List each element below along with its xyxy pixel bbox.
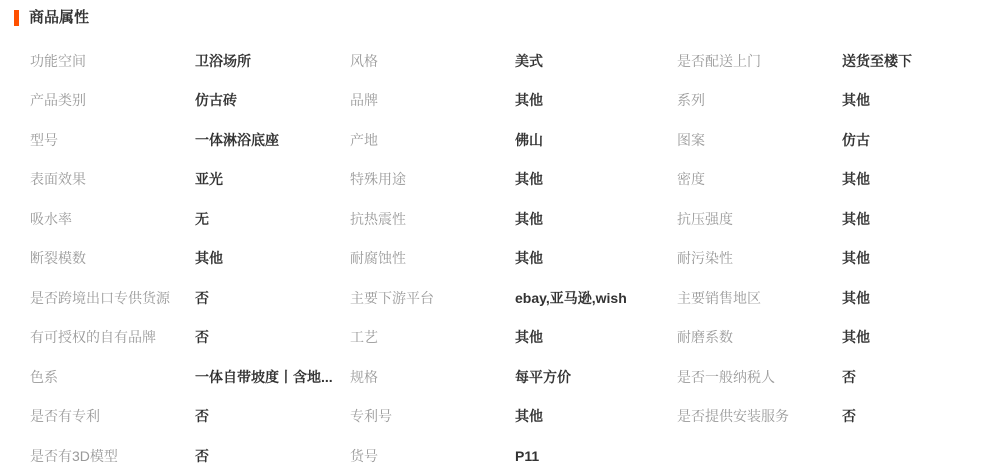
attribute-cell: 耐污染性其他 (677, 239, 988, 279)
attribute-cell: 产地佛山 (350, 120, 677, 160)
attribute-cell: 断裂模数其他 (30, 239, 350, 279)
attribute-label: 断裂模数 (30, 248, 195, 268)
attribute-cell: 是否配送上门送货至楼下 (677, 41, 988, 81)
attribute-cell: 是否有专利否 (30, 397, 350, 437)
attribute-value: 美式 (515, 51, 677, 71)
attribute-value: 送货至楼下 (842, 51, 988, 71)
attribute-cell: 图案仿古 (677, 120, 988, 160)
attribute-cell: 风格美式 (350, 41, 677, 81)
attribute-value: ebay,亚马逊,wish (515, 288, 677, 308)
attribute-cell (677, 436, 988, 476)
attribute-cell: 密度其他 (677, 160, 988, 200)
attribute-label: 是否提供安装服务 (677, 406, 842, 426)
attribute-value: 其他 (842, 90, 988, 110)
attribute-cell: 主要销售地区其他 (677, 278, 988, 318)
attribute-value: 其他 (195, 248, 350, 268)
attribute-value: 一体淋浴底座 (195, 130, 350, 150)
attribute-value: 仿古砖 (195, 90, 350, 110)
attribute-value: 亚光 (195, 169, 350, 189)
attribute-value: 其他 (842, 288, 988, 308)
attribute-cell: 工艺其他 (350, 318, 677, 358)
attribute-cell: 系列其他 (677, 81, 988, 121)
attribute-label: 是否配送上门 (677, 51, 842, 71)
attribute-cell: 有可授权的自有品牌否 (30, 318, 350, 358)
attribute-label: 主要下游平台 (350, 288, 515, 308)
attribute-label: 专利号 (350, 406, 515, 426)
attribute-label: 耐腐蚀性 (350, 248, 515, 268)
attribute-label: 系列 (677, 90, 842, 110)
attribute-label: 抗热震性 (350, 209, 515, 229)
attribute-cell: 是否提供安装服务否 (677, 397, 988, 437)
attribute-value: 卫浴场所 (195, 51, 350, 71)
attribute-label: 特殊用途 (350, 169, 515, 189)
attribute-value: 每平方价 (515, 367, 677, 387)
attribute-label: 型号 (30, 130, 195, 150)
attribute-label: 产品类别 (30, 90, 195, 110)
attribute-label: 工艺 (350, 327, 515, 347)
attribute-label: 是否有3D模型 (30, 446, 195, 466)
attribute-value: 无 (195, 209, 350, 229)
accent-bar-icon (14, 10, 19, 26)
attribute-cell: 是否一般纳税人否 (677, 357, 988, 397)
attribute-cell: 特殊用途其他 (350, 160, 677, 200)
attribute-label: 主要销售地区 (677, 288, 842, 308)
attribute-cell: 功能空间卫浴场所 (30, 41, 350, 81)
attribute-cell: 色系一体自带坡度丨含地... (30, 357, 350, 397)
attribute-label: 图案 (677, 130, 842, 150)
attribute-cell: 主要下游平台ebay,亚马逊,wish (350, 278, 677, 318)
product-attributes-panel: 商品属性 功能空间卫浴场所风格美式是否配送上门送货至楼下产品类别仿古砖品牌其他系… (0, 0, 988, 476)
attribute-value: 其他 (515, 248, 677, 268)
attribute-label: 功能空间 (30, 51, 195, 71)
attribute-cell: 型号一体淋浴底座 (30, 120, 350, 160)
attribute-value: 否 (195, 327, 350, 347)
section-title: 商品属性 (29, 9, 89, 27)
attribute-label: 风格 (350, 51, 515, 71)
attribute-label: 产地 (350, 130, 515, 150)
attribute-cell: 货号P11 (350, 436, 677, 476)
attribute-value: 仿古 (842, 130, 988, 150)
attribute-label: 有可授权的自有品牌 (30, 327, 195, 347)
attribute-cell: 是否跨境出口专供货源否 (30, 278, 350, 318)
attribute-value: 其他 (515, 90, 677, 110)
attribute-value: 否 (195, 288, 350, 308)
attribute-label: 耐磨系数 (677, 327, 842, 347)
attribute-value: 一体自带坡度丨含地... (195, 367, 350, 387)
attribute-cell: 吸水率无 (30, 199, 350, 239)
attribute-label: 是否有专利 (30, 406, 195, 426)
section-header: 商品属性 (0, 0, 988, 27)
attribute-value: 否 (195, 406, 350, 426)
attribute-label: 吸水率 (30, 209, 195, 229)
attribute-value: 其他 (515, 169, 677, 189)
attribute-value: P11 (515, 448, 677, 464)
attribute-cell: 耐磨系数其他 (677, 318, 988, 358)
attribute-label: 抗压强度 (677, 209, 842, 229)
attribute-label: 色系 (30, 367, 195, 387)
attribute-value: 其他 (515, 209, 677, 229)
attribute-value: 其他 (842, 327, 988, 347)
attribute-value: 其他 (842, 169, 988, 189)
attribute-value: 其他 (515, 327, 677, 347)
attribute-label: 规格 (350, 367, 515, 387)
attribute-cell: 表面效果亚光 (30, 160, 350, 200)
attribute-cell: 是否有3D模型否 (30, 436, 350, 476)
attribute-value: 其他 (515, 406, 677, 426)
attribute-value: 否 (842, 406, 988, 426)
attribute-cell: 耐腐蚀性其他 (350, 239, 677, 279)
attribute-label: 是否一般纳税人 (677, 367, 842, 387)
attributes-grid: 功能空间卫浴场所风格美式是否配送上门送货至楼下产品类别仿古砖品牌其他系列其他型号… (30, 41, 988, 476)
attribute-cell: 抗热震性其他 (350, 199, 677, 239)
attribute-label: 密度 (677, 169, 842, 189)
attribute-cell: 抗压强度其他 (677, 199, 988, 239)
attribute-value: 其他 (842, 248, 988, 268)
attribute-cell: 品牌其他 (350, 81, 677, 121)
attribute-label: 耐污染性 (677, 248, 842, 268)
attribute-label: 品牌 (350, 90, 515, 110)
attribute-cell: 专利号其他 (350, 397, 677, 437)
attribute-value: 否 (842, 367, 988, 387)
attribute-label: 表面效果 (30, 169, 195, 189)
attribute-label: 货号 (350, 446, 515, 466)
attribute-value: 否 (195, 446, 350, 466)
attribute-value: 佛山 (515, 130, 677, 150)
attribute-value: 其他 (842, 209, 988, 229)
attribute-cell: 规格每平方价 (350, 357, 677, 397)
attribute-label: 是否跨境出口专供货源 (30, 288, 195, 308)
attribute-cell: 产品类别仿古砖 (30, 81, 350, 121)
